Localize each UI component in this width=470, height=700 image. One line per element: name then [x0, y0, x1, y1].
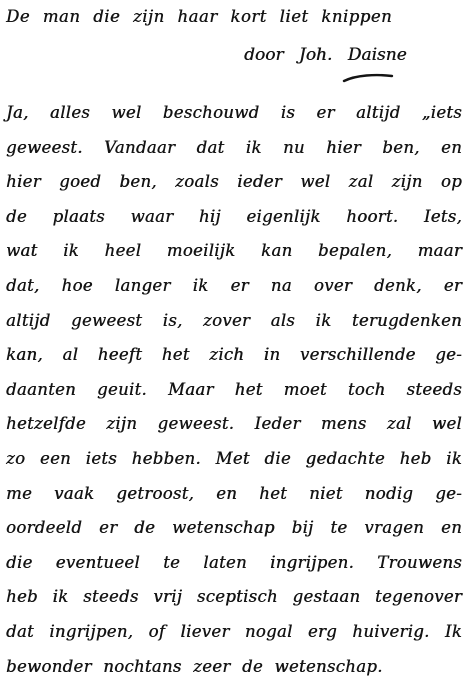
manuscript-line: altijd geweest is, zover als ik terugden…: [6, 304, 462, 339]
manuscript-line: zo een iets hebben. Met die gedachte heb…: [6, 442, 462, 477]
manuscript-line: Ja, alles wel beschouwd is er altijd „ie…: [6, 96, 462, 131]
manuscript-line: heb ik steeds vrij sceptisch gestaan teg…: [6, 580, 462, 615]
manuscript-line: dat, hoe langer ik er na over denk, er: [6, 269, 462, 304]
manuscript-line: wat ik heel moeilijk kan bepalen, maar: [6, 234, 462, 269]
manuscript-body: Ja, alles wel beschouwd is er altijd „ie…: [6, 96, 462, 684]
underline-flourish: [342, 72, 394, 84]
manuscript-line: me vaak getroost, en het niet nodig ge-: [6, 477, 462, 512]
manuscript-line: die eventueel te laten ingrijpen. Trouwe…: [6, 546, 462, 581]
manuscript-line: bewonder nochtans zeer de wetenschap.: [6, 650, 462, 685]
manuscript-line: hier goed ben, zoals ieder wel zal zijn …: [6, 165, 462, 200]
author-name-wrap: Daisne: [348, 42, 407, 68]
author-name: Daisne: [348, 45, 407, 65]
manuscript-line: kan, al heeft het zich in verschillende …: [6, 338, 462, 373]
byline-prefix: door Joh.: [244, 45, 332, 65]
manuscript-line: oordeeld er de wetenschap bij te vragen …: [6, 511, 462, 546]
manuscript-line: daanten geuit. Maar het moet toch steeds: [6, 373, 462, 408]
byline: door Joh. Daisne: [6, 42, 462, 68]
manuscript-line: geweest. Vandaar dat ik nu hier ben, en: [6, 131, 462, 166]
manuscript-line: de plaats waar hij eigenlijk hoort. Iets…: [6, 200, 462, 235]
manuscript-title: De man die zijn haar kort liet knippen: [6, 4, 462, 30]
manuscript-line: hetzelfde zijn geweest. Ieder mens zal w…: [6, 407, 462, 442]
manuscript-page: De man die zijn haar kort liet knippen d…: [0, 0, 470, 700]
manuscript-line: dat ingrijpen, of liever nogal erg huive…: [6, 615, 462, 650]
